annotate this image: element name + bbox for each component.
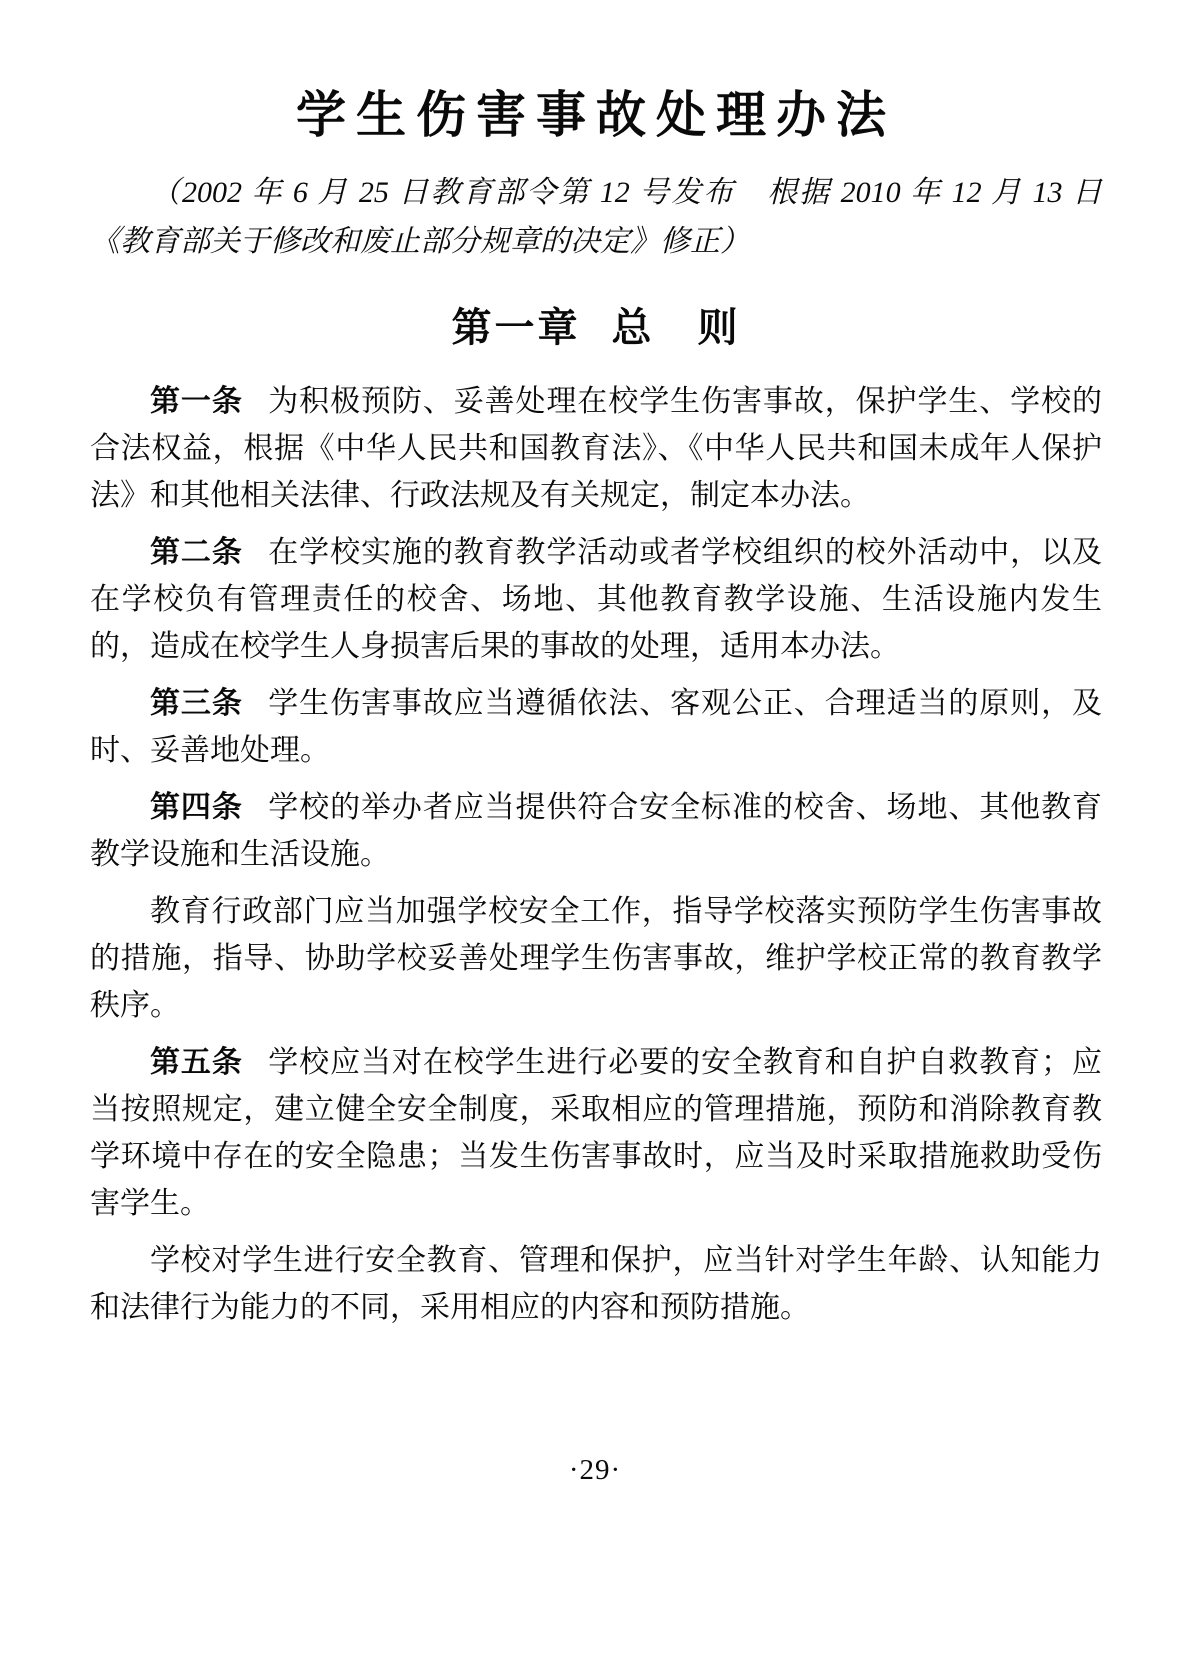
article-label: 第一条 [150,385,243,418]
document-page: 学生伤害事故处理办法 （2002 年 6 月 25 日教育部令第 12 号发布 … [0,0,1190,1670]
article-paragraph: 第三条学生伤害事故应当遵循依法、客观公正、合理适当的原则，及时、妥善地处理。 [90,680,1102,774]
article-label: 第二条 [150,536,243,569]
chapter-name: 总 则 [612,305,741,350]
article-paragraph: 第一条为积极预防、妥善处理在校学生伤害事故，保护学生、学校的合法权益，根据《中华… [90,378,1102,519]
article-paragraph: 第五条学校应当对在校学生进行必要的安全教育和自护自救教育；应当按照规定，建立健全… [90,1039,1102,1227]
document-title: 学生伤害事故处理办法 [90,86,1102,144]
article-paragraph: 学校对学生进行安全教育、管理和保护，应当针对学生年龄、认知能力和法律行为能力的不… [90,1237,1102,1331]
article-paragraph: 第四条学校的举办者应当提供符合安全标准的校舍、场地、其他教育教学设施和生活设施。 [90,784,1102,878]
article-label: 第五条 [150,1046,243,1079]
document-subtitle: （2002 年 6 月 25 日教育部令第 12 号发布 根据 2010 年 1… [90,168,1102,266]
article-paragraph: 教育行政部门应当加强学校安全工作，指导学校落实预防学生伤害事故的措施，指导、协助… [90,888,1102,1029]
chapter-heading: 第一章 总 则 [90,302,1102,354]
article-label: 第三条 [150,687,243,720]
article-text: 教育行政部门应当加强学校安全工作，指导学校落实预防学生伤害事故的措施，指导、协助… [90,895,1102,1022]
article-paragraph: 第二条在学校实施的教育教学活动或者学校组织的校外活动中，以及在学校负有管理责任的… [90,529,1102,670]
article-text: 学校对学生进行安全教育、管理和保护，应当针对学生年龄、认知能力和法律行为能力的不… [90,1244,1102,1324]
chapter-number: 第一章 [452,305,581,350]
article-label: 第四条 [150,791,243,824]
page-number: ·29· [0,1452,1190,1488]
